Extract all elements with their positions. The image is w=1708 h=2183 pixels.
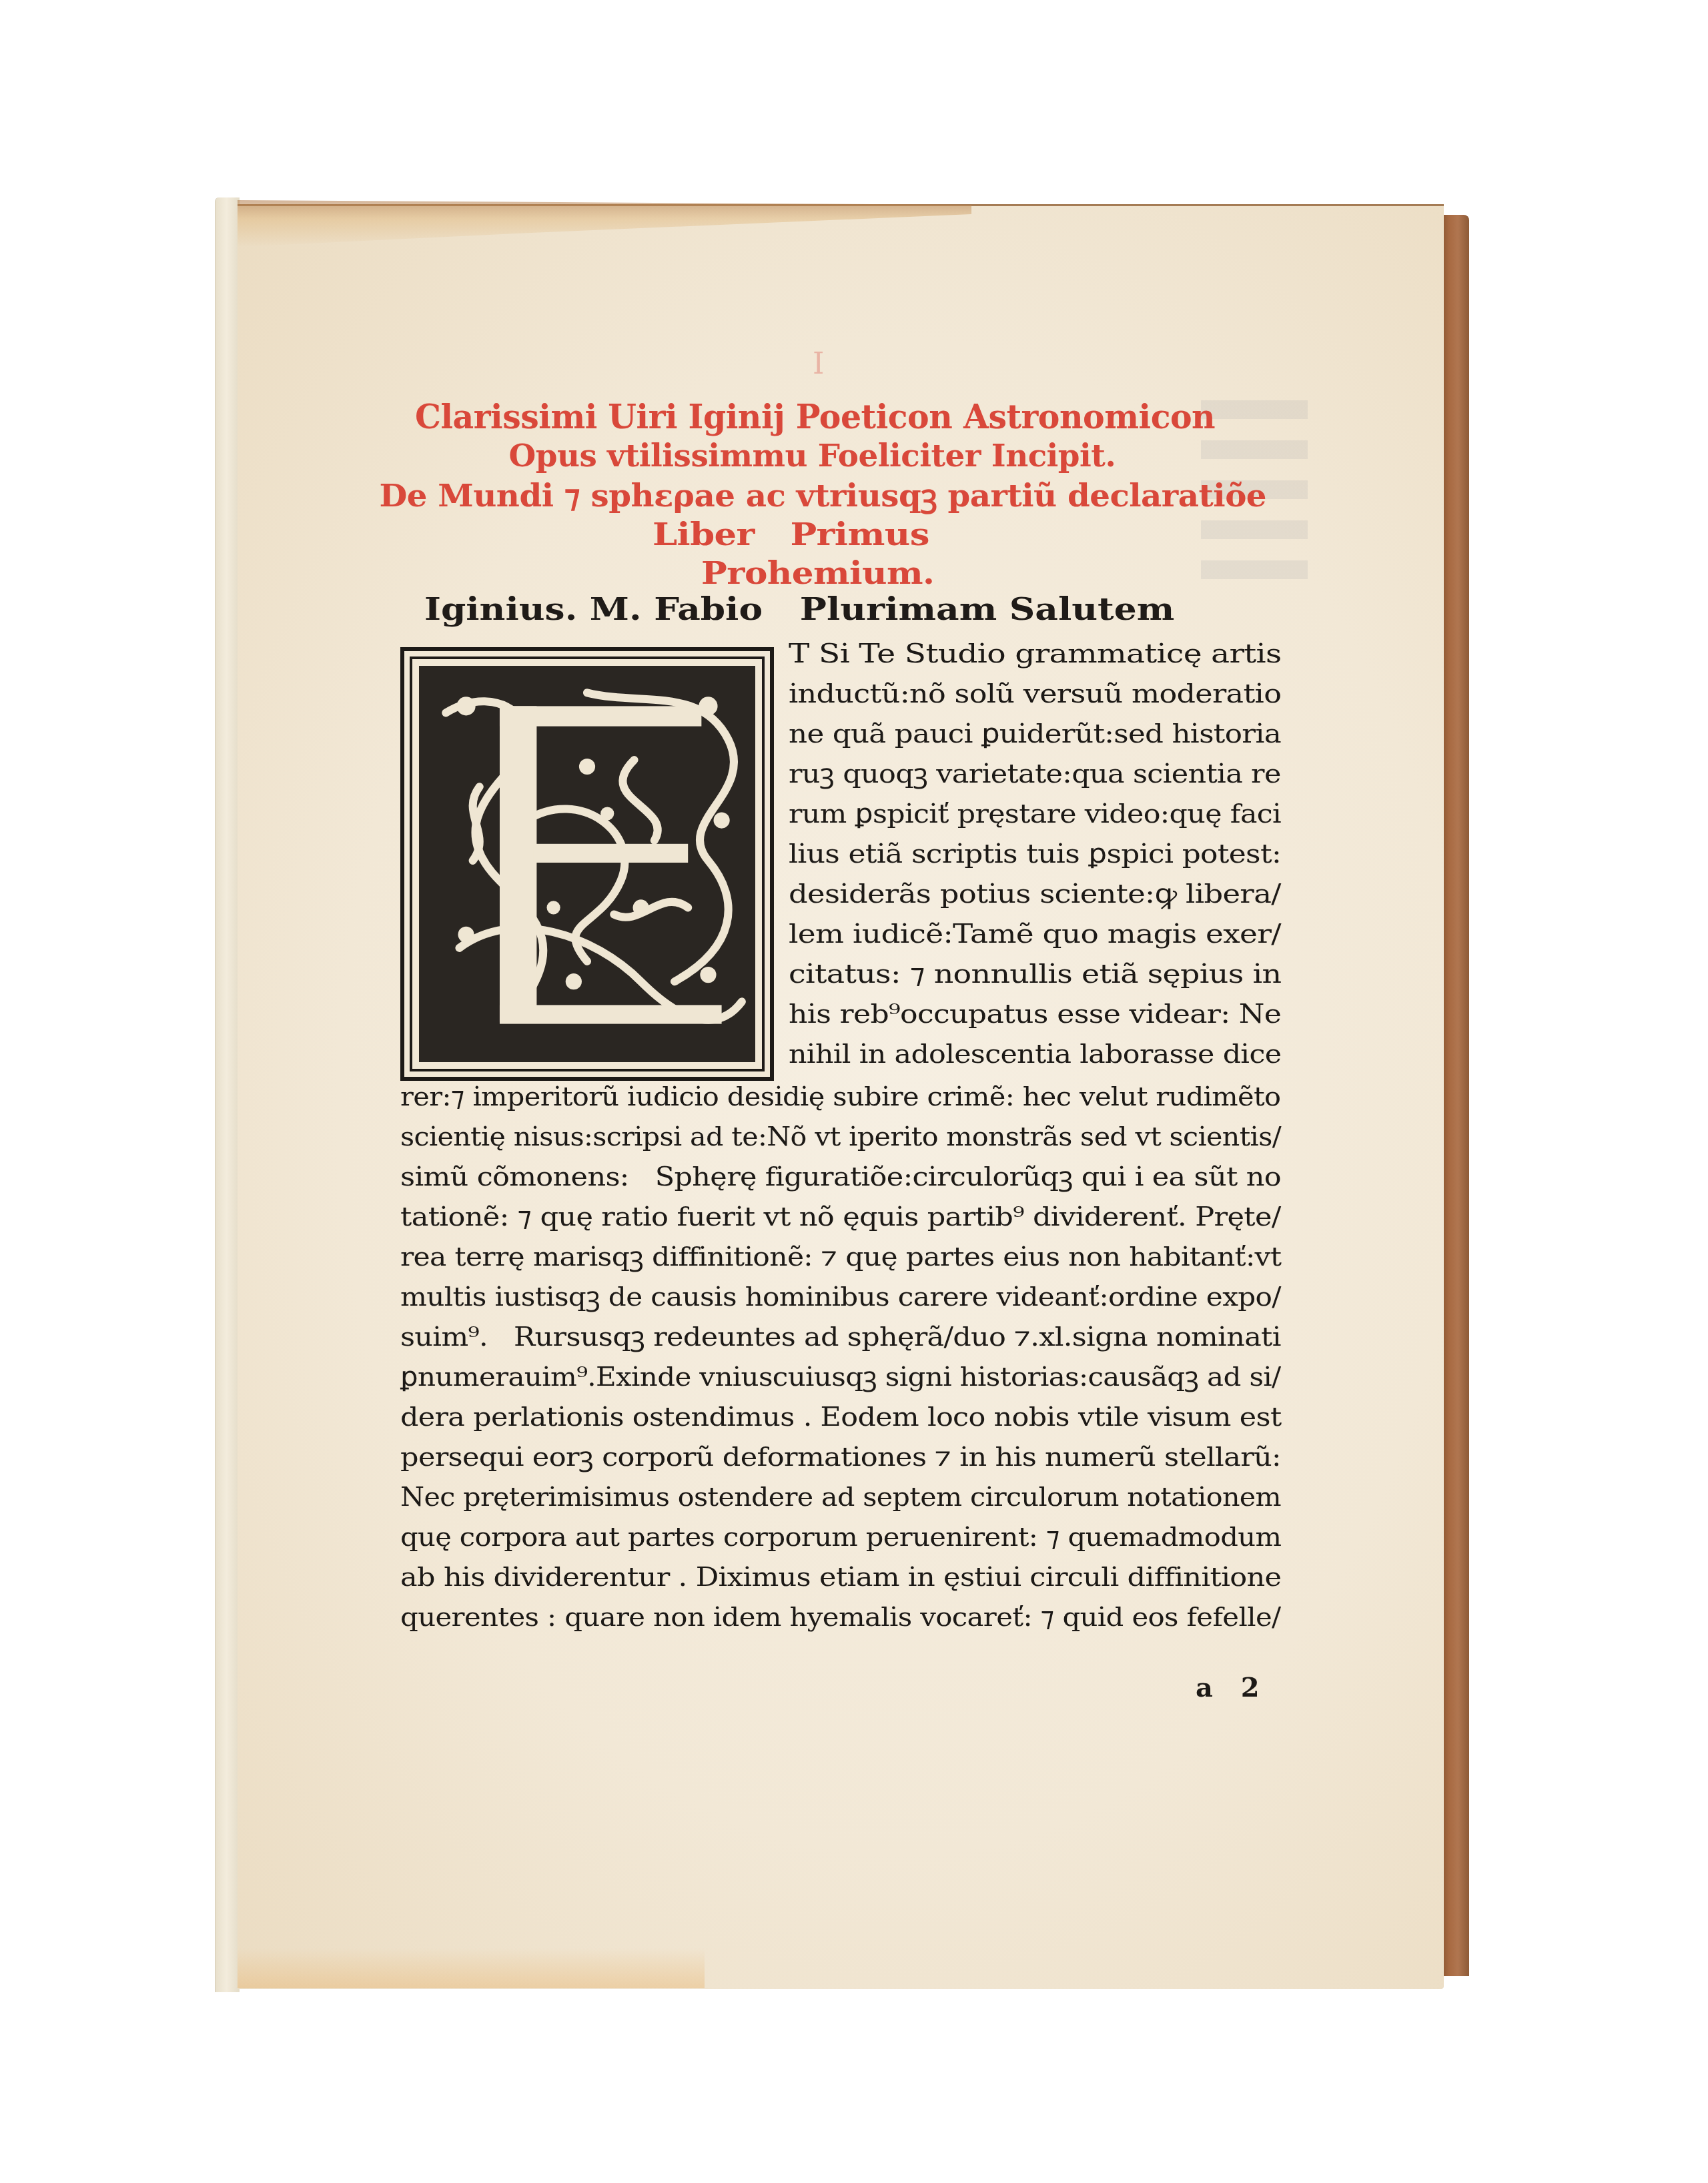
vine-ornament-icon [419, 666, 755, 1062]
body-line-15: tationẽ: ⁊ quę ratio fuerit vt nõ ęquis … [400, 1204, 1281, 1230]
body-line-23: quę corpora aut partes corporum peruenir… [400, 1524, 1281, 1551]
body-line-12: rer:⁊ imperitorũ iudicio desidię subire … [400, 1083, 1280, 1110]
foxing-bottom-edge [238, 1948, 705, 1988]
body-line-22: Nec pręterimisimus ostendere ad septem c… [400, 1484, 1281, 1510]
body-line-20: dera perlationis ostendimus . Eodem loco… [400, 1404, 1281, 1430]
body-line-7: desiderãs potius sciente:ꝙ libera/ [789, 881, 1281, 907]
body-line-6: lius etiã scriptis tuis ꝑspici potest: [789, 841, 1281, 867]
leather-binding-edge [1441, 215, 1469, 1976]
body-line-10: his reb⁹occupatus esse videar: Ne [789, 1001, 1281, 1027]
body-line-9: citatus: ⁊ nonnullis etiã sępius in [789, 961, 1281, 987]
manuscript-mark: I [813, 347, 824, 381]
body-line-13: scientię nisus:scripsi ad te:Nõ vt iperi… [400, 1124, 1281, 1150]
woodcut-initial-E [400, 647, 774, 1081]
body-line-3: ne quã pauci ꝑuiderũt:sed historia [789, 721, 1281, 747]
rubric-line-3: De Mundi ⁊ sphερae ac vtriusqꝫ partiũ de… [380, 480, 1267, 511]
rubric-line-1: Clarissimi Uiri Iginij Poeticon Astronom… [415, 400, 1277, 434]
body-line-17: multis iustisqꝫ de causis hominibus care… [400, 1284, 1281, 1310]
body-line-5: rum ꝑspiciť pręstare video:quę faci [789, 801, 1281, 827]
body-line-16: rea terrę marisqꝫ diffinitionẽ: ⁊ quę pa… [400, 1244, 1281, 1270]
body-line-25: querentes : quare non idem hyemalis voca… [400, 1604, 1281, 1631]
rubric-line-2: Opus vtilissimmu Foeliciter Incipit. [509, 440, 1116, 471]
body-line-11: nihil in adolescentia laborasse dice [789, 1041, 1281, 1067]
body-line-19: ꝑnumerauim⁹.Exinde vniuscuiusqꝫ signi hi… [400, 1364, 1281, 1390]
body-line-18: suim⁹. Rursusqꝫ redeuntes ad sphęrã/duo … [400, 1324, 1281, 1350]
body-line-1: T Si Te Studio grammaticę artis [789, 640, 1281, 667]
body-line-21: persequi eorꝫ corporũ deformationes ⁊ in… [400, 1444, 1281, 1470]
body-line-2: inductũ:nõ solũ versuũ moderatio [789, 681, 1281, 707]
salutation-heading: Iginius. M. Fabio Plurimam Salutem [424, 594, 1174, 624]
body-line-8: lem iudicẽ:Tamẽ quo magis exer/ [789, 921, 1281, 947]
rubric-line-4: Liber Primus [653, 519, 929, 550]
body-line-4: ruꝫ quoqꝫ varietate:qua scientia re [789, 761, 1281, 787]
body-line-24: ab his dividerentur . Diximus etiam in ę… [400, 1564, 1281, 1591]
rubric-line-5: Prohemium. [701, 558, 934, 588]
book-spine-edge [215, 197, 240, 1992]
signature-mark: a 2 [1196, 1672, 1269, 1703]
body-line-14: simũ cõmonens: Sphęrę figuratiõe:circulo… [400, 1164, 1281, 1190]
